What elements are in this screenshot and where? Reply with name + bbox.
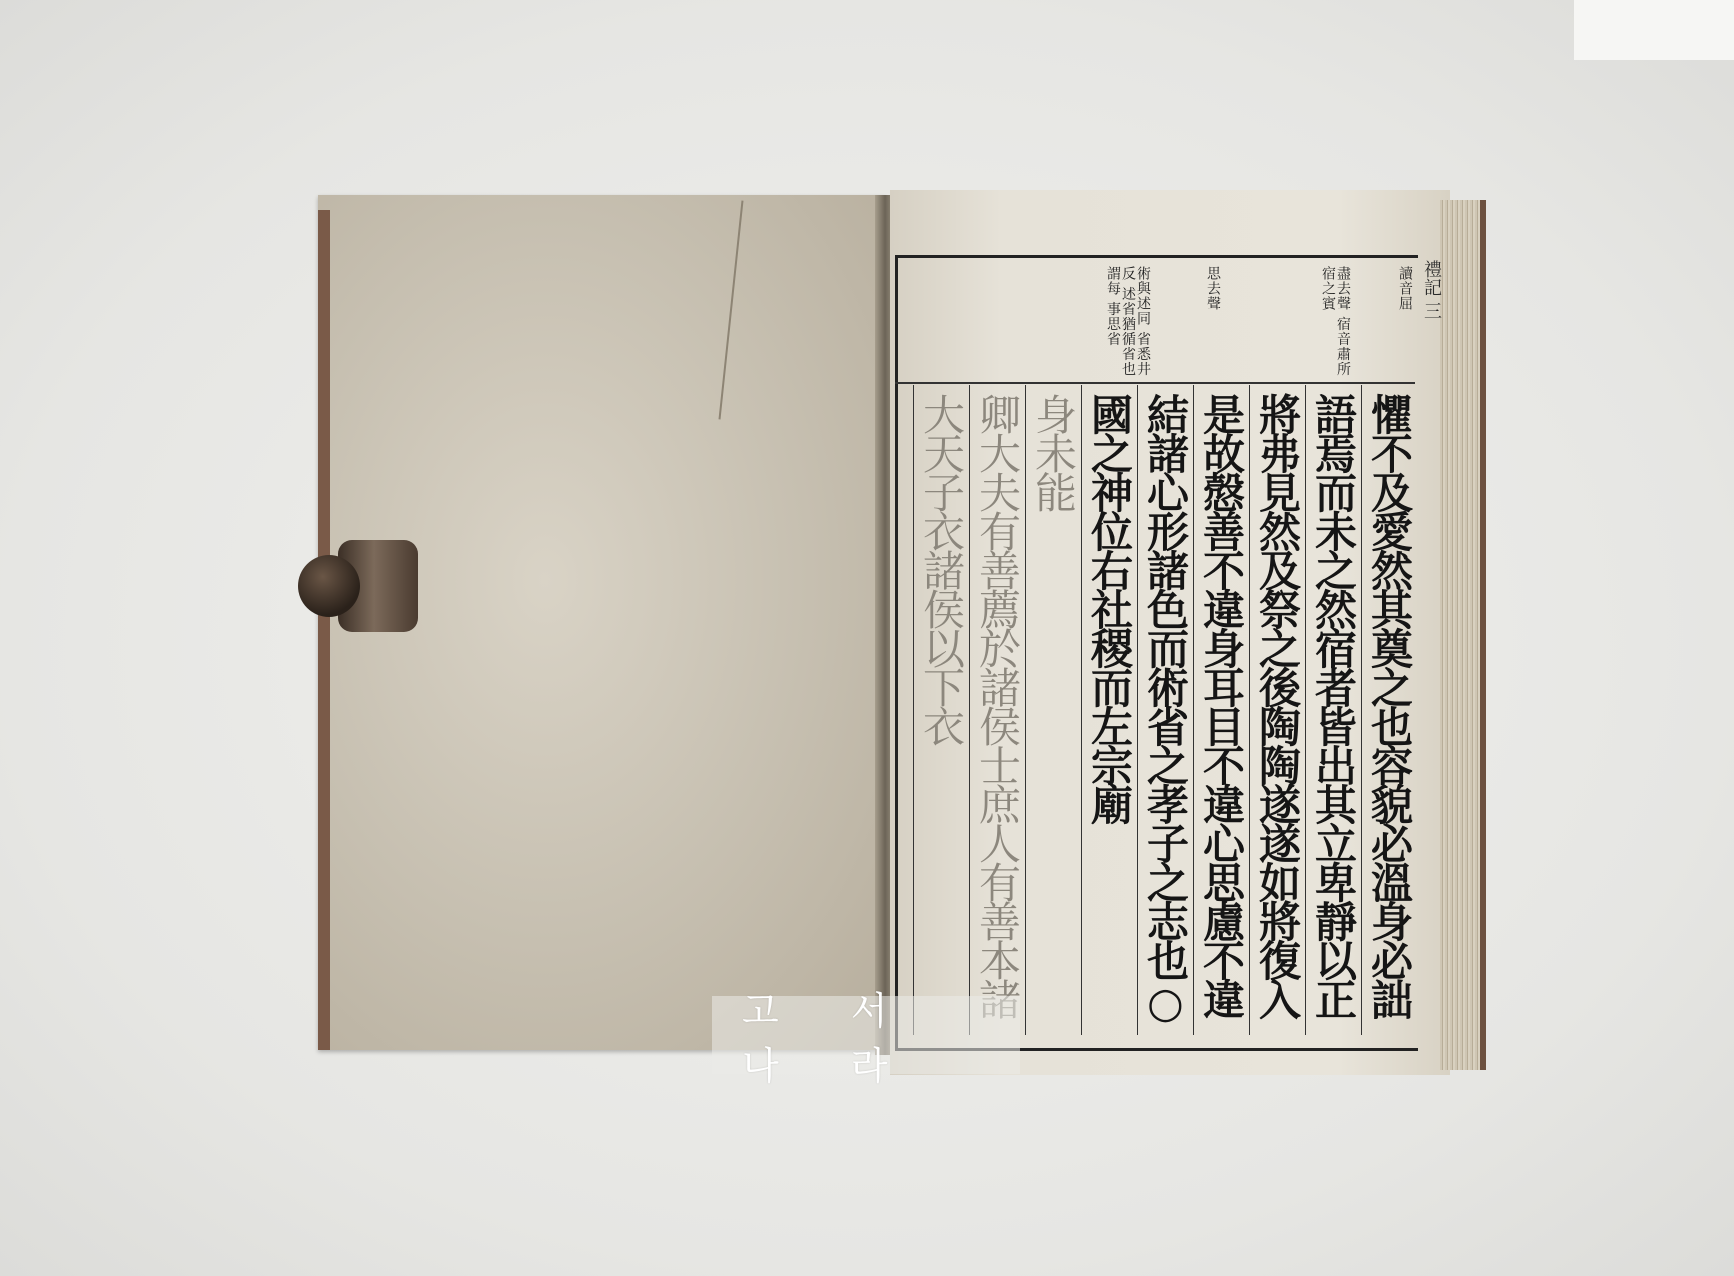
text-columns: 懼不及愛然其奠之也容貌必溫身必詘如 語焉而未之然宿者皆出其立卑靜以正如 將弗見然…: [905, 385, 1417, 1035]
text-column: 懼不及愛然其奠之也容貌必溫身必詘如: [1361, 385, 1417, 1035]
headnote: 思去聲: [1205, 266, 1220, 311]
text-column: 語焉而未之然宿者皆出其立卑靜以正如: [1305, 385, 1361, 1035]
page-edges: [1440, 200, 1486, 1070]
text-column: 是故慤善不違身耳目不違心思慮不違親: [1193, 385, 1249, 1035]
light-glare: [1574, 0, 1734, 60]
watermark: 고 서 나 라: [712, 996, 1020, 1074]
weight-knob: [298, 555, 360, 617]
text-column: 國之神位右社稷而左宗廟: [1081, 385, 1137, 1035]
headnotes: 讀音屈 盡去聲 宿音肅所 宿之賓 思去聲 術與述同 省悉井反 述省猶循省也 謂每…: [1020, 262, 1420, 380]
text-column: 結諸心形諸色而術省之孝子之志也○建: [1137, 385, 1193, 1035]
headnote: 盡去聲 宿音肅所 宿之賓: [1320, 266, 1350, 378]
bleedthrough-column: 身未能: [1025, 385, 1081, 1035]
brass-weight: [298, 535, 418, 635]
bleedthrough-column: 大天子衣諸侯以下衣: [913, 385, 969, 1035]
center-margin-title: 禮記 三: [1418, 260, 1442, 320]
headnote: 術與述同 省悉井反 述省猶循省也 謂每 事思省: [1105, 266, 1150, 378]
text-column: 將弗見然及祭之後陶陶遂遂如將復入然: [1249, 385, 1305, 1035]
watermark-text: 고 서 나 라: [742, 980, 1020, 1090]
headnote-rule: [895, 382, 1415, 384]
bleedthrough-column: 卿大夫有善薦於諸侯士庶人有善本諸: [969, 385, 1025, 1035]
headnote: 讀音屈: [1397, 266, 1412, 311]
